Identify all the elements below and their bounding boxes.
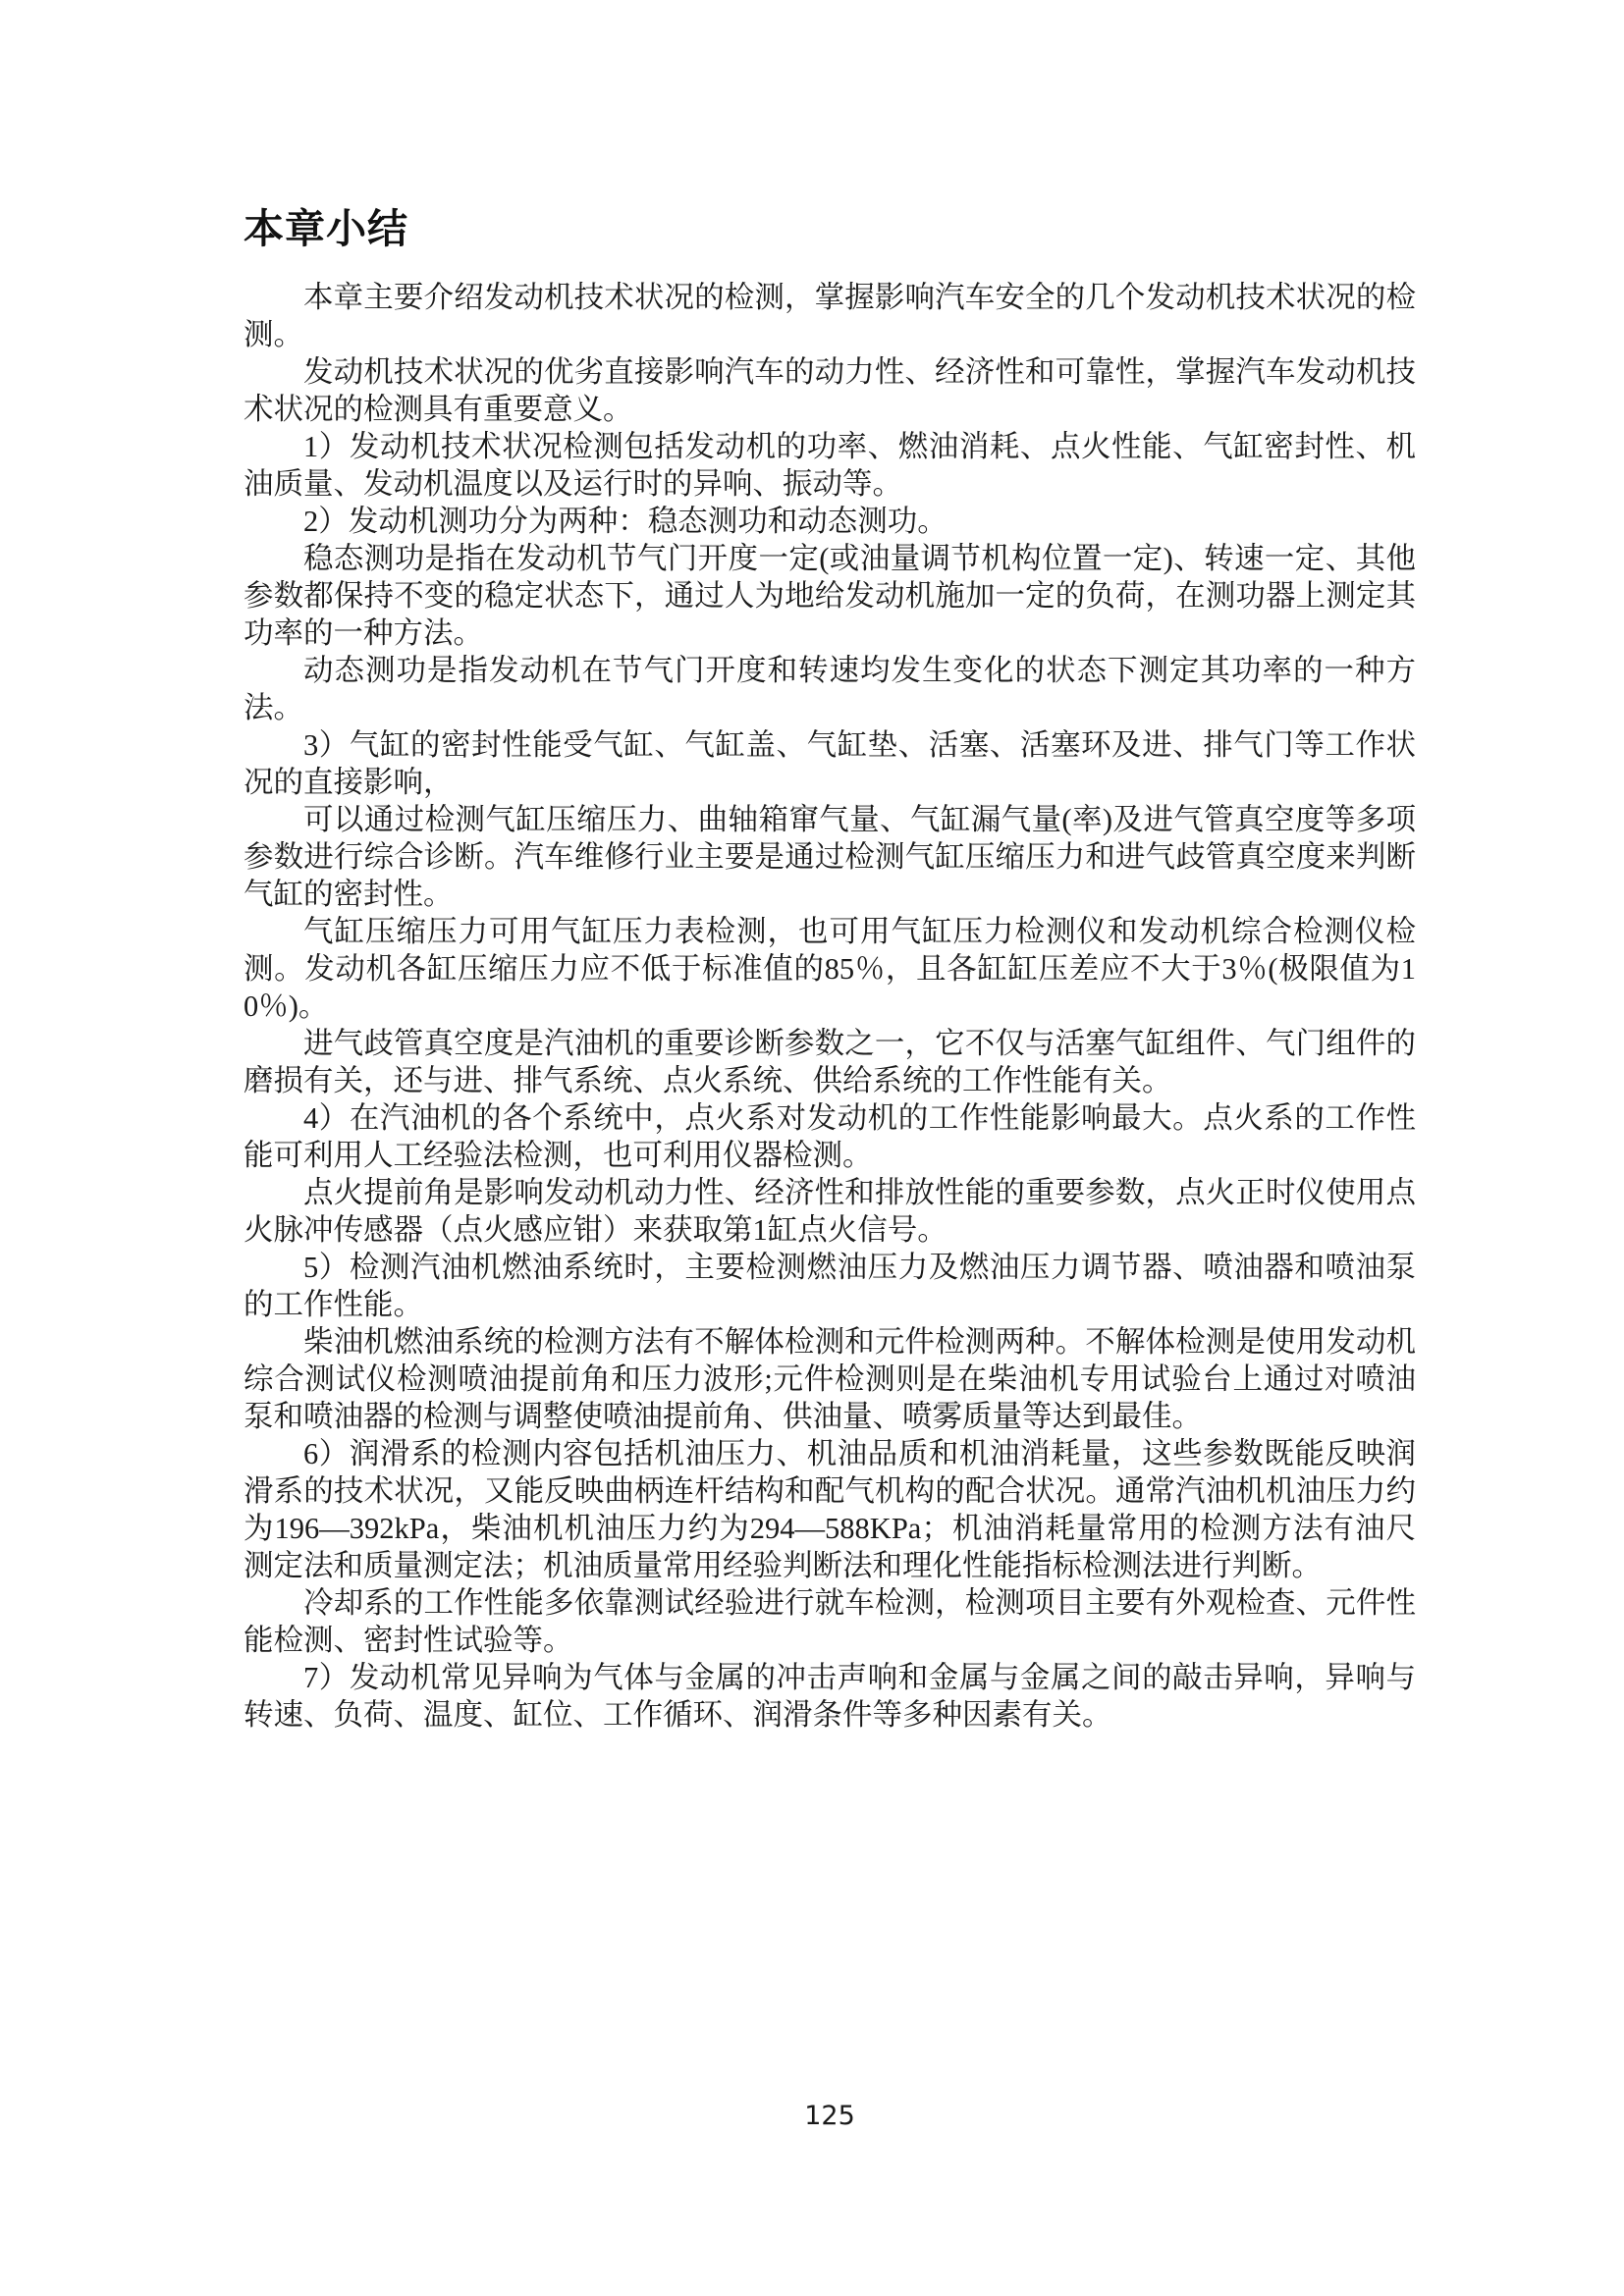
body-paragraph: 柴油机燃油系统的检测方法有不解体检测和元件检测两种。不解体检测是使用发动机综合测… — [244, 1323, 1416, 1435]
body-paragraph: 本章主要介绍发动机技术状况的检测，掌握影响汽车安全的几个发动机技术状况的检测。 — [244, 279, 1416, 353]
body-paragraph: 5）检测汽油机燃油系统时，主要检测燃油压力及燃油压力调节器、喷油器和喷油泵的工作… — [244, 1249, 1416, 1323]
body-text: 本章主要介绍发动机技术状况的检测，掌握影响汽车安全的几个发动机技术状况的检测。发… — [244, 279, 1416, 1734]
body-paragraph: 进气歧管真空度是汽油机的重要诊断参数之一，它不仅与活塞气缸组件、气门组件的磨损有… — [244, 1025, 1416, 1099]
chapter-summary-title: 本章小结 — [244, 204, 1416, 253]
body-paragraph: 发动机技术状况的优劣直接影响汽车的动力性、经济性和可靠性，掌握汽车发动机技术状况… — [244, 353, 1416, 428]
page-content: 本章小结 本章主要介绍发动机技术状况的检测，掌握影响汽车安全的几个发动机技术状况… — [244, 204, 1416, 1734]
page-number: 125 — [244, 2101, 1416, 2131]
body-paragraph: 点火提前角是影响发动机动力性、经济性和排放性能的重要参数，点火正时仪使用点火脉冲… — [244, 1174, 1416, 1249]
body-paragraph: 3）气缸的密封性能受气缸、气缸盖、气缸垫、活塞、活塞环及进、排气门等工作状况的直… — [244, 726, 1416, 801]
body-paragraph: 4）在汽油机的各个系统中，点火系对发动机的工作性能影响最大。点火系的工作性能可利… — [244, 1099, 1416, 1174]
body-paragraph: 可以通过检测气缸压缩压力、曲轴箱窜气量、气缸漏气量(率)及进气管真空度等多项参数… — [244, 801, 1416, 913]
body-paragraph: 稳态测功是指在发动机节气门开度一定(或油量调节机构位置一定)、转速一定、其他参数… — [244, 540, 1416, 652]
body-paragraph: 2）发动机测功分为两种：稳态测功和动态测功。 — [244, 503, 1416, 540]
body-paragraph: 7）发动机常见异响为气体与金属的冲击声响和金属与金属之间的敲击异响，异响与转速、… — [244, 1659, 1416, 1734]
body-paragraph: 冷却系的工作性能多依靠测试经验进行就车检测，检测项目主要有外观检查、元件性能检测… — [244, 1584, 1416, 1659]
document-page: 本章小结 本章主要介绍发动机技术状况的检测，掌握影响汽车安全的几个发动机技术状况… — [0, 0, 1624, 2296]
body-paragraph: 动态测功是指发动机在节气门开度和转速均发生变化的状态下测定其功率的一种方法。 — [244, 652, 1416, 726]
body-paragraph: 1）发动机技术状况检测包括发动机的功率、燃油消耗、点火性能、气缸密封性、机油质量… — [244, 428, 1416, 503]
body-paragraph: 气缸压缩压力可用气缸压力表检测，也可用气缸压力检测仪和发动机综合检测仪检测。发动… — [244, 913, 1416, 1025]
body-paragraph: 6）润滑系的检测内容包括机油压力、机油品质和机油消耗量，这些参数既能反映润滑系的… — [244, 1435, 1416, 1584]
